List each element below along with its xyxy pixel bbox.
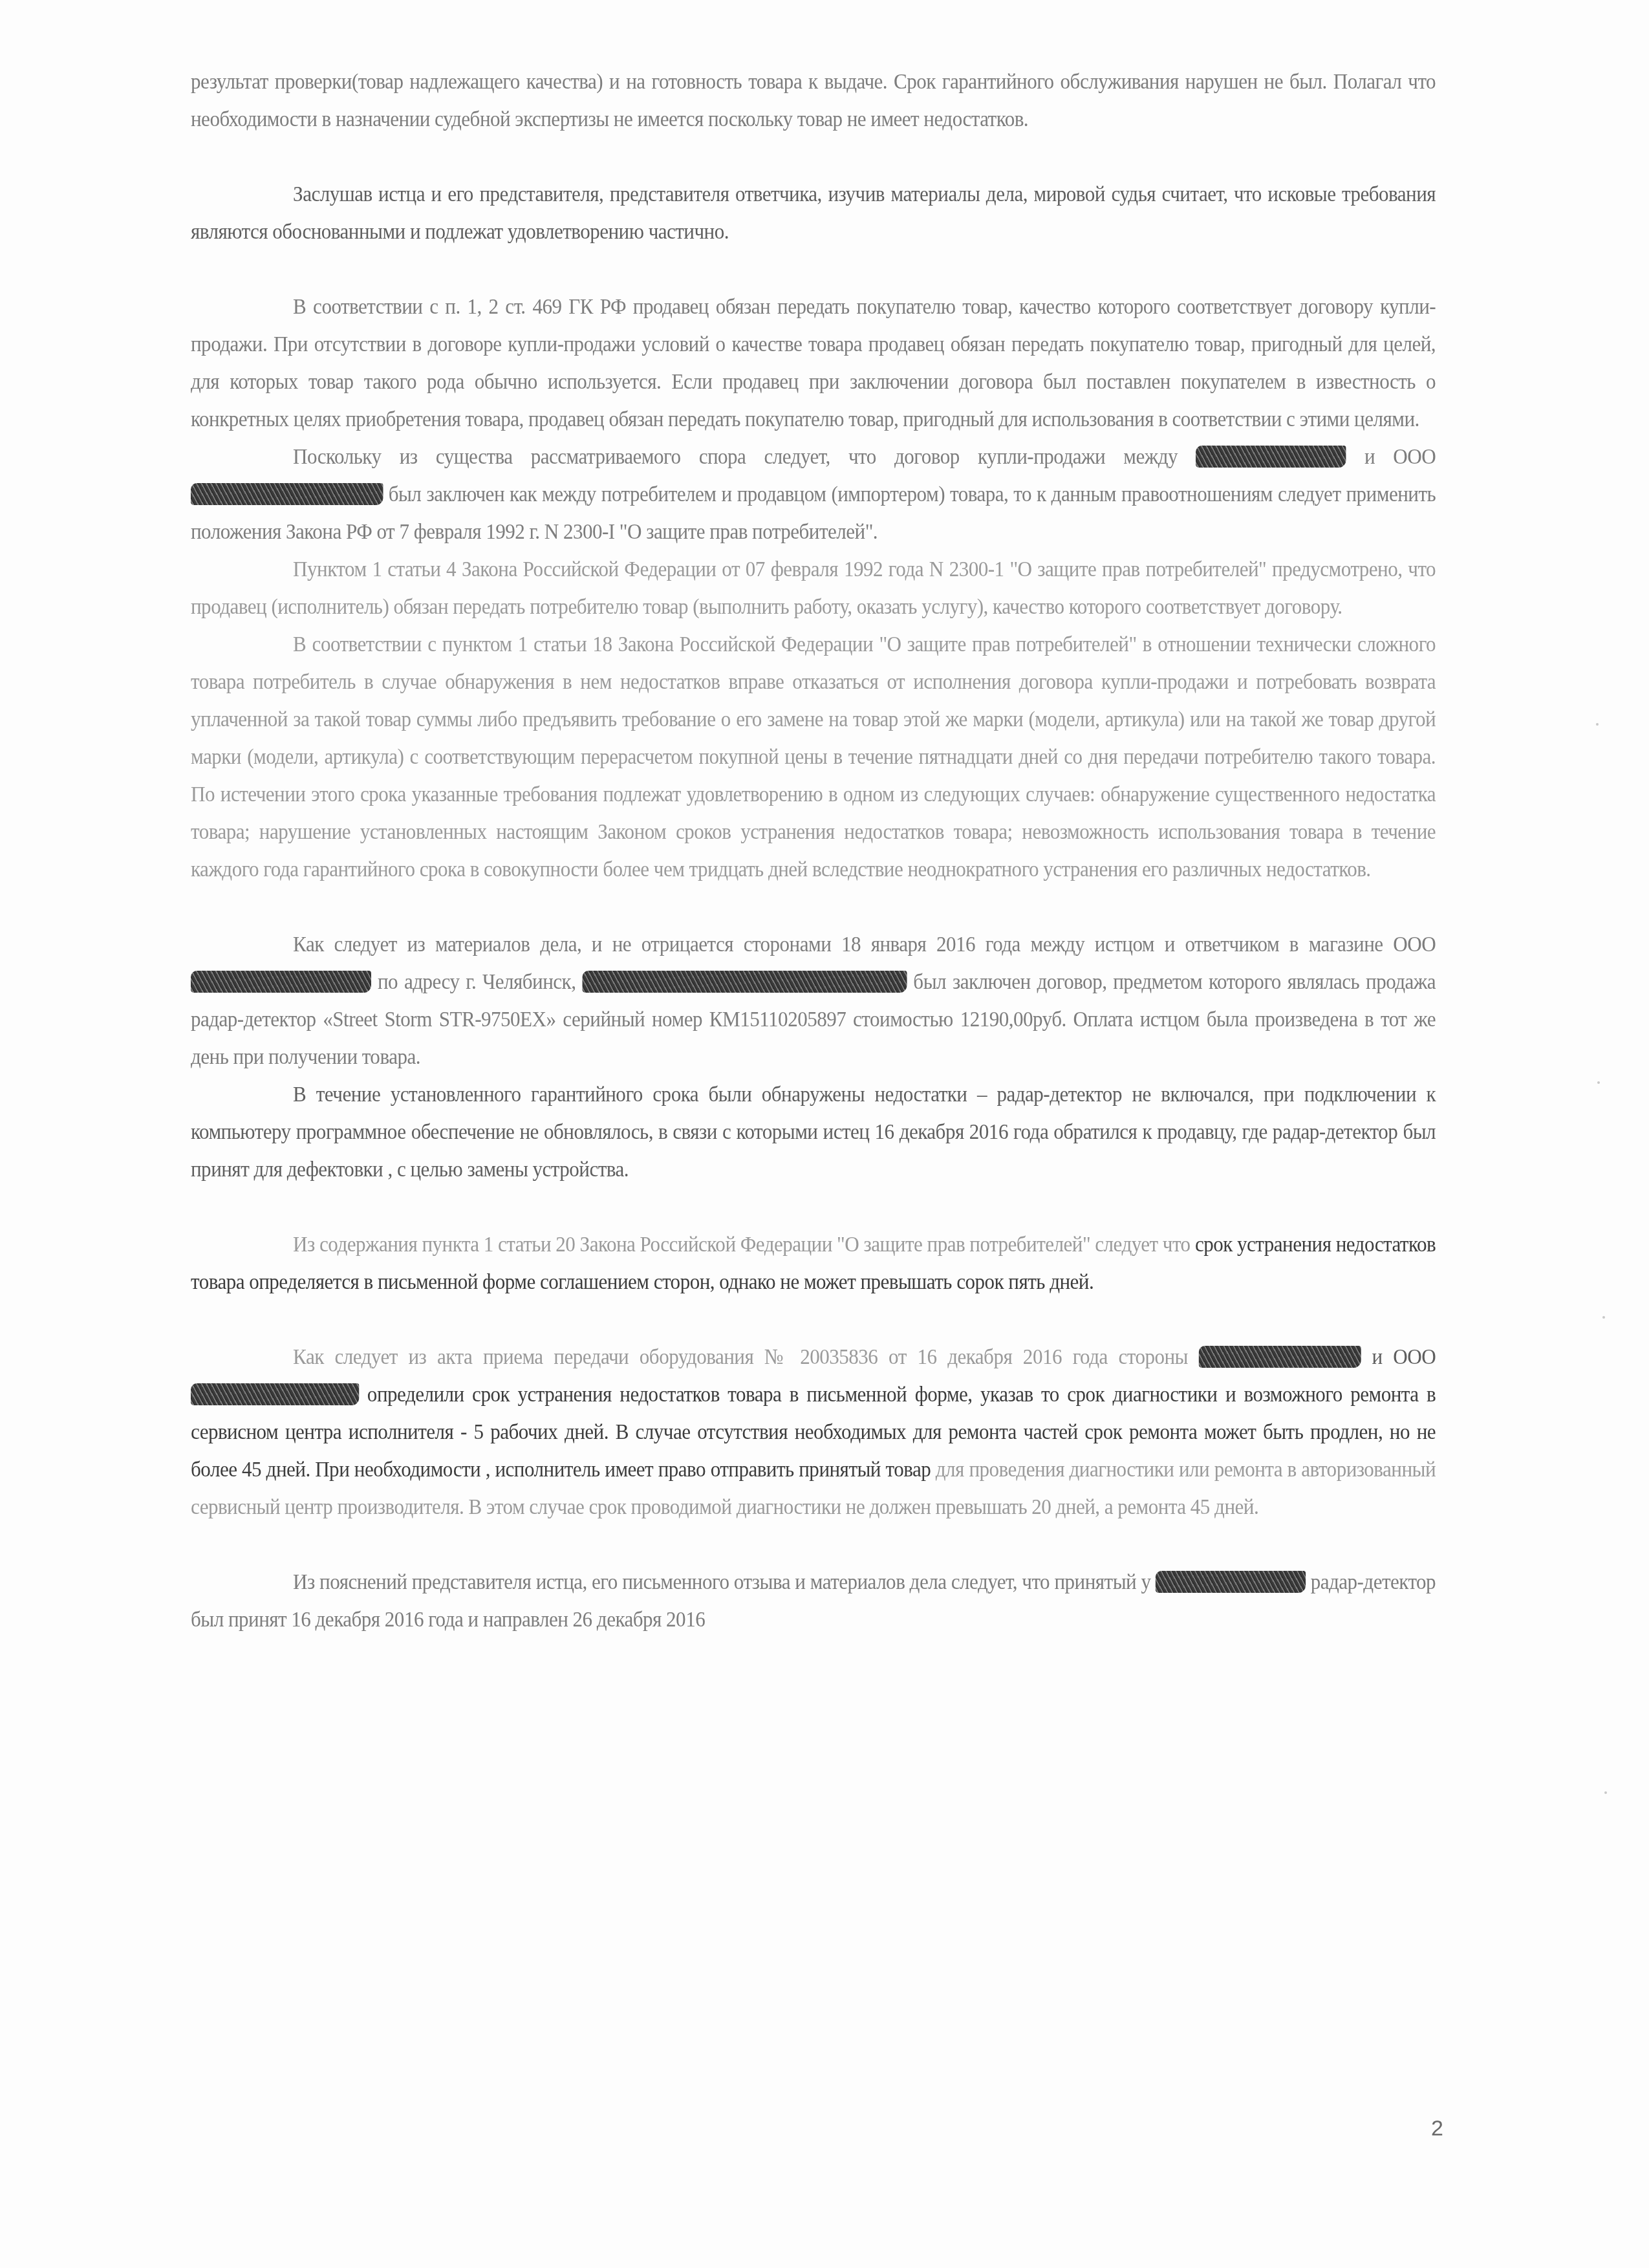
redacted-company-name	[191, 1383, 359, 1405]
redacted-company-name	[191, 483, 383, 505]
text-segment: был	[913, 970, 946, 994]
scan-speck	[1604, 1791, 1607, 1794]
text-segment: и ООО	[1372, 1345, 1436, 1369]
scan-speck	[1597, 1081, 1600, 1084]
scan-speck	[1602, 1316, 1605, 1319]
text-segment: и ООО	[1364, 445, 1436, 469]
paragraph-test-result: результат проверки(товар надлежащего кач…	[191, 63, 1436, 138]
text-segment: ответчиком в магазине ООО	[1185, 933, 1436, 956]
text-segment: принятый у	[1054, 1570, 1150, 1594]
text-segment: Как следует из акта приема передачи обор…	[293, 1345, 1188, 1369]
text-segment: Как следует из материалов дела, и не отр…	[293, 933, 1175, 956]
redacted-address	[582, 971, 907, 993]
redacted-party-name	[1196, 446, 1346, 468]
document-page: результат проверки(товар надлежащего кач…	[0, 0, 1649, 2268]
redacted-party-name	[1156, 1571, 1306, 1593]
text-segment: Поскольку из существа рассматриваемого с…	[293, 445, 1178, 469]
paragraph-article-18: В соответствии с пунктом 1 статьи 18 Зак…	[191, 626, 1436, 889]
paragraph-civil-code-469: В соответствии с п. 1, 2 ст. 469 ГК РФ п…	[191, 288, 1436, 438]
text-segment: Из пояснений представителя истца, его пи…	[293, 1570, 1050, 1594]
paragraph-defects-found: В течение установленного гарантийного ср…	[191, 1076, 1436, 1189]
text-segment: Из содержания пункта 1 статьи 20 Закона …	[293, 1233, 1191, 1257]
redacted-store-name	[191, 971, 371, 993]
paragraph-judge-conclusion: Заслушав истца и его представителя, пред…	[191, 176, 1436, 251]
document-body: результат проверки(товар надлежащего кач…	[191, 63, 1436, 1639]
paragraph-purchase-facts: Как следует из материалов дела, и не отр…	[191, 926, 1436, 1076]
paragraph-consumer-law-applicability: Поскольку из существа рассматриваемого с…	[191, 438, 1436, 551]
page-number: 2	[1431, 2116, 1443, 2141]
redacted-party-name	[1199, 1346, 1361, 1368]
paragraph-article-20: Из содержания пункта 1 статьи 20 Закона …	[191, 1226, 1436, 1301]
paragraph-article-4: Пунктом 1 статьи 4 Закона Российской Фед…	[191, 551, 1436, 626]
paragraph-acceptance-act: Как следует из акта приема передачи обор…	[191, 1339, 1436, 1526]
paragraph-representative-explanations: Из пояснений представителя истца, его пи…	[191, 1564, 1436, 1639]
text-segment: по адресу г. Челябинск,	[378, 970, 576, 994]
scan-speck	[1596, 723, 1599, 726]
